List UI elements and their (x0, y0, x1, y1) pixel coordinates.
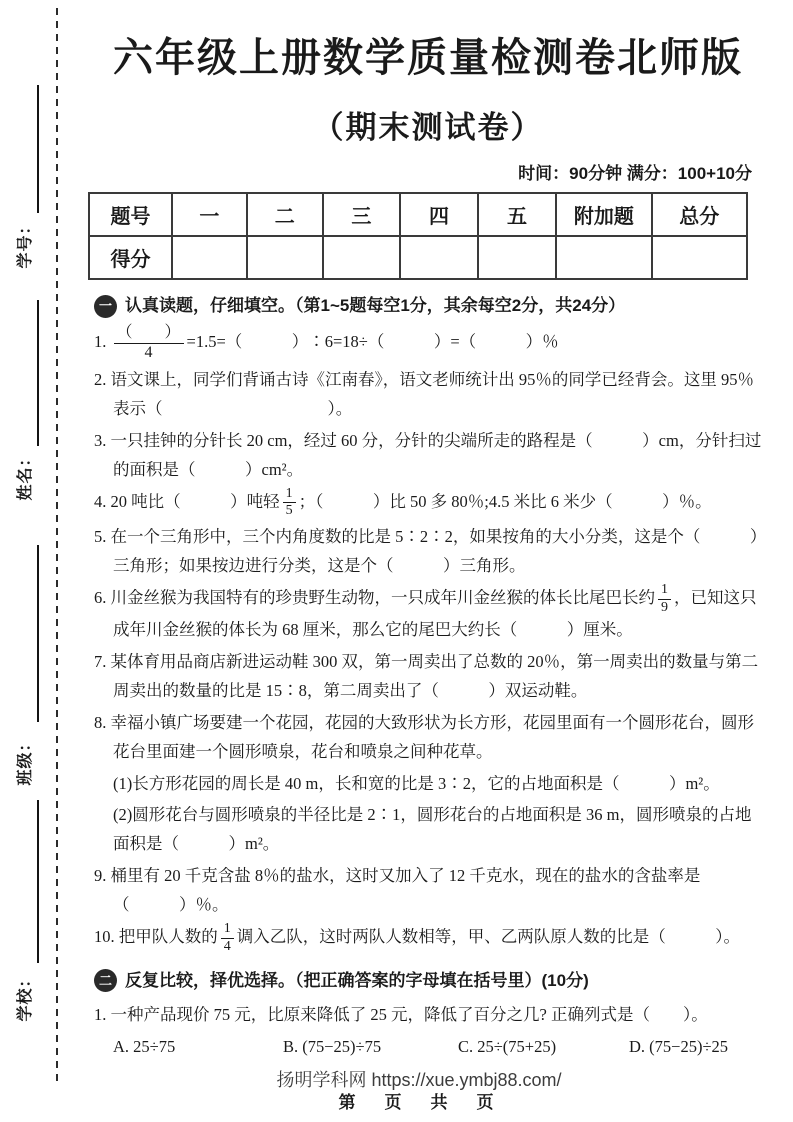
school-blank-line (37, 800, 39, 963)
score-table-header-cell: 四 (400, 193, 478, 236)
question-3: 3. 一只挂钟的分针长 20 cm，经过 60 分，分针的尖端所走的路程是（ ）… (94, 426, 762, 484)
section-2-header: 二 反复比较，择优选择。（把正确答案的字母填在括号里）(10分) (94, 968, 762, 994)
class-label: 班级： (16, 722, 36, 798)
question-number: 5. (94, 527, 106, 546)
choice-question-1-options: A. 25÷75 B. (75−25)÷75 C. 25÷(75+25) D. … (94, 1032, 762, 1061)
score-empty-cell (323, 236, 401, 279)
section-2-title: 反复比较，择优选择。（把正确答案的字母填在括号里）(10分) (125, 968, 589, 994)
question-5: 5. 在一个三角形中，三个内角度数的比是 5∶2∶2，如果按角的大小分类，这是个… (94, 522, 762, 580)
question-1: 1. （ ）4=1.5=（ ）∶6=18÷（ ）=（ ）％ (94, 325, 762, 362)
time-and-score-info: 时间：90分钟 满分：100+10分 (94, 164, 752, 184)
score-table-score-row: 得分 (89, 236, 747, 279)
question-number: 10. (94, 927, 115, 946)
option-a: A. 25÷75 (113, 1032, 283, 1061)
question-text: 20 吨比（ ）吨轻 (111, 492, 280, 511)
question-text: =1.5=（ ）∶6=18÷（ ）=（ ）％ (187, 332, 559, 351)
question-text: 川金丝猴为我国特有的珍贵野生动物，一只成年川金丝猴的体长比尾巴长约 (111, 588, 656, 607)
page-footer: 扬明学科网 https://xue.ymbj88.com/ 第 页 共 页 (94, 1068, 744, 1114)
question-number: 8. (94, 713, 106, 732)
school-label: 学校： (16, 958, 36, 1034)
fraction-1-5: 15 (283, 487, 296, 519)
question-8-sub-1: (1)长方形花园的周长是 40 m，长和宽的比是 3∶2，它的占地面积是（ ）m… (94, 769, 762, 798)
score-table-header-cell: 五 (478, 193, 556, 236)
question-number: 1. (94, 332, 106, 351)
score-row-label: 得分 (89, 236, 172, 279)
fraction-blank-over-4: （ ）4 (114, 325, 184, 362)
question-text: ；（ ）比 50 多 80％;4.5 米比 6 米少（ ）％。 (299, 492, 712, 511)
score-empty-cell (400, 236, 478, 279)
question-8-sub-2: (2)圆形花台与圆形喷泉的半径比是 2∶1，圆形花台的占地面积是 36 m，圆形… (94, 800, 762, 858)
student-id-label: 学号： (16, 205, 36, 281)
question-number: 4. (94, 492, 106, 511)
question-2: 2. 语文课上，同学们背诵古诗《江南春》，语文老师统计出 95％的同学已经背会。… (94, 365, 762, 423)
question-text: 在一个三角形中，三个内角度数的比是 5∶2∶2，如果按角的大小分类，这是个（ ）… (111, 527, 759, 575)
question-text: 桶里有 20 千克含盐 8％的盐水，这时又加入了 12 千克水，现在的盐水的含盐… (111, 866, 701, 914)
option-c: C. 25÷(75+25) (458, 1032, 629, 1061)
question-text: 一只挂钟的分针长 20 cm，经过 60 分，分针的尖端所走的路程是（ ）cm，… (111, 431, 762, 479)
paper-content: 六年级上册数学质量检测卷北师版 （期末测试卷） 时间：90分钟 满分：100+1… (94, 30, 762, 1061)
question-text: 一种产品现价 75 元，比原来降低了 25 元，降低了百分之几? 正确列式是（ … (111, 1005, 708, 1024)
paper-subtitle: （期末测试卷） (94, 106, 762, 150)
score-empty-cell (478, 236, 556, 279)
fraction-1-9: 19 (658, 583, 671, 615)
choice-question-1: 1. 一种产品现价 75 元，比原来降低了 25 元，降低了百分之几? 正确列式… (94, 1000, 762, 1029)
footer-site-url: 扬明学科网 https://xue.ymbj88.com/ (94, 1068, 744, 1092)
student-name-blank-line (37, 300, 39, 446)
question-9: 9. 桶里有 20 千克含盐 8％的盐水，这时又加入了 12 千克水，现在的盐水… (94, 861, 762, 919)
question-8: 8. 幸福小镇广场要建一个花园，花园的大致形状为长方形，花园里面有一个圆形花台，… (94, 708, 762, 766)
score-table-header-cell: 题号 (89, 193, 172, 236)
student-id-blank-line (37, 85, 39, 213)
fraction-1-4: 14 (221, 922, 234, 954)
score-table-header-cell: 附加题 (556, 193, 651, 236)
question-number: 3. (94, 431, 106, 450)
question-text: 调入乙队，这时两队人数相等，甲、乙两队原人数的比是（ ）。 (237, 927, 740, 946)
section-2-number-icon: 二 (94, 969, 117, 992)
section-1-title: 认真读题，仔细填空。（第1~5题每空1分，其余每空2分，共24分） (125, 293, 625, 319)
question-text: 语文课上，同学们背诵古诗《江南春》，语文老师统计出 95％的同学已经背会。这里 … (111, 370, 755, 418)
question-4: 4. 20 吨比（ ）吨轻15；（ ）比 50 多 80％;4.5 米比 6 米… (94, 487, 762, 519)
sidebar-divider-dashed-line (56, 8, 58, 1085)
section-1-number-icon: 一 (94, 295, 117, 318)
footer-page-number: 第 页 共 页 (94, 1092, 744, 1114)
score-empty-cell (652, 236, 747, 279)
score-table-header-cell: 总分 (652, 193, 747, 236)
paper-title: 六年级上册数学质量检测卷北师版 (94, 30, 762, 86)
question-number: 9. (94, 866, 106, 885)
score-empty-cell (247, 236, 323, 279)
class-blank-line (37, 545, 39, 722)
section-1-header: 一 认真读题，仔细填空。（第1~5题每空1分，其余每空2分，共24分） (94, 293, 762, 319)
student-name-label: 姓名： (16, 437, 36, 513)
question-7: 7. 某体育用品商店新进运动鞋 300 双，第一周卖出了总数的 20％，第一周卖… (94, 647, 762, 705)
question-text: 幸福小镇广场要建一个花园，花园的大致形状为长方形，花园里面有一个圆形花台，圆形花… (111, 713, 755, 761)
score-table-header-cell: 一 (172, 193, 247, 236)
score-table-header-row: 题号 一 二 三 四 五 附加题 总分 (89, 193, 747, 236)
question-number: 7. (94, 652, 106, 671)
score-table: 题号 一 二 三 四 五 附加题 总分 得分 (88, 192, 748, 280)
question-number: 1. (94, 1005, 106, 1024)
question-text: 把甲队人数的 (119, 927, 218, 946)
option-d: D. (75−25)÷25 (629, 1032, 762, 1061)
question-6: 6. 川金丝猴为我国特有的珍贵野生动物，一只成年川金丝猴的体长比尾巴长约19，已… (94, 583, 762, 644)
option-b: B. (75−25)÷75 (283, 1032, 458, 1061)
score-empty-cell (556, 236, 651, 279)
score-table-header-cell: 二 (247, 193, 323, 236)
question-text: 某体育用品商店新进运动鞋 300 双，第一周卖出了总数的 20％，第一周卖出的数… (111, 652, 759, 700)
question-number: 2. (94, 370, 106, 389)
question-10: 10. 把甲队人数的14调入乙队，这时两队人数相等，甲、乙两队原人数的比是（ ）… (94, 922, 762, 954)
exam-paper-page: { "page": { "title": "六年级上册数学质量检测卷北师版", … (0, 0, 793, 1122)
score-table-header-cell: 三 (323, 193, 401, 236)
score-empty-cell (172, 236, 247, 279)
question-number: 6. (94, 588, 106, 607)
